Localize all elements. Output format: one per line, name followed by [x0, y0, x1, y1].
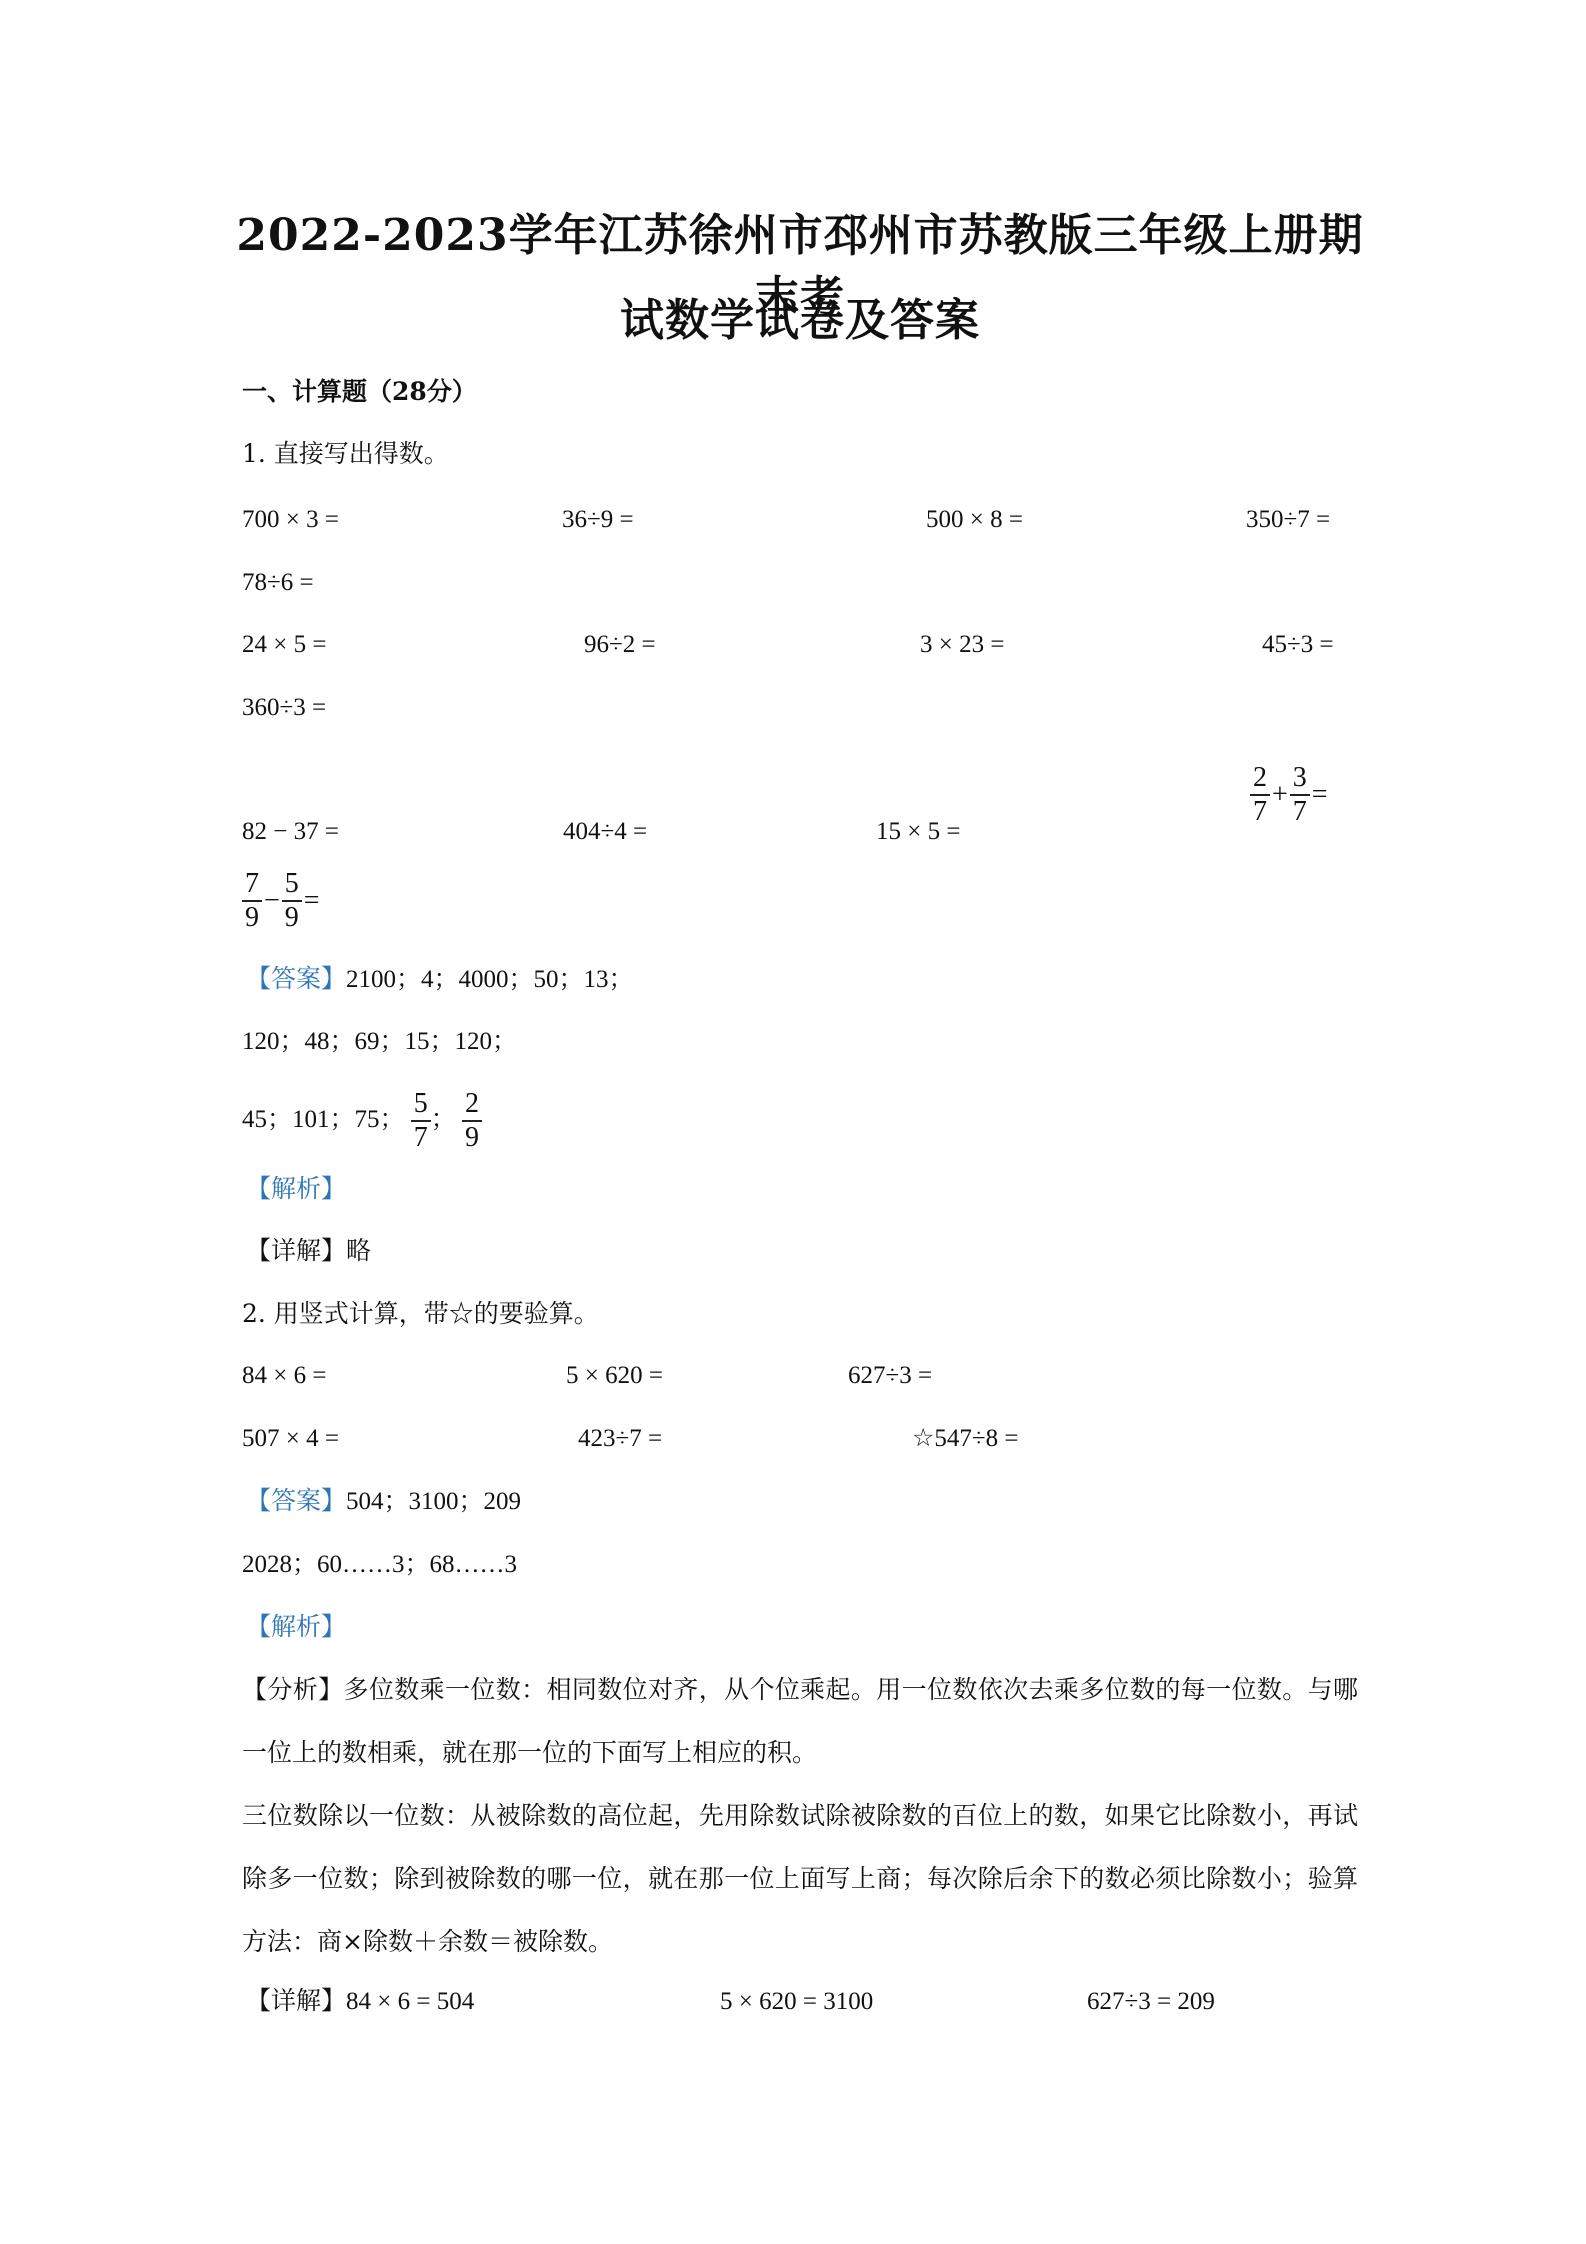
q2-analysis-paragraph: 【分析】多位数乘一位数：相同数位对齐，从个位乘起。用一位数依次去乘多位数的每一位… [242, 1658, 1358, 1784]
separator: ； [431, 1106, 456, 1133]
q1-item: 78÷6 = [242, 565, 314, 601]
equals-sign: = [302, 883, 322, 919]
answer-label: 【答案】 [246, 966, 346, 993]
q1-item: 45÷3 = [1262, 627, 1334, 663]
detail-label: 【详解】 [246, 1988, 346, 2015]
q2-item: 627÷3 = [848, 1358, 932, 1394]
answer-text: 45；101；75； [242, 1106, 405, 1133]
q2-division-paragraph: 三位数除以一位数：从被除数的高位起，先用除数试除被除数的百位上的数，如果它比除数… [242, 1784, 1358, 1973]
q1-item: 350÷7 = [1246, 502, 1330, 538]
q1-fraction-addition: 27+37= [1250, 762, 1330, 828]
q2-item: 5 × 620 = [566, 1358, 663, 1394]
fraction-numerator: 7 [242, 868, 262, 902]
q1-item: 700 × 3 = [242, 502, 339, 538]
fenxi-text: 多位数乘一位数：相同数位对齐，从个位乘起。用一位数依次去乘多位数的每一位数。与哪… [242, 1675, 1358, 1767]
q1-answer-line: 120；48；69；15；120； [242, 1024, 517, 1060]
detail-label: 【详解】 [246, 1238, 346, 1265]
fraction-denominator: 7 [1290, 796, 1310, 828]
plus-operator: + [1270, 777, 1290, 813]
analysis-label: 【解析】 [246, 1610, 346, 1646]
fraction-numerator: 5 [282, 868, 302, 902]
fraction-numerator: 5 [411, 1088, 431, 1122]
q2-item: 507 × 4 = [242, 1421, 339, 1457]
fraction-denominator: 7 [411, 1122, 431, 1154]
q1-item: 15 × 5 = [876, 814, 960, 850]
q1-item: 360÷3 = [242, 690, 326, 726]
q1-detail-line: 【详解】略 [246, 1234, 371, 1270]
q1-answer-line: 【答案】2100；4；4000；50；13； [246, 962, 634, 998]
minus-operator: − [262, 883, 282, 919]
fraction-denominator: 9 [242, 902, 262, 934]
q1-item: 404÷4 = [563, 814, 647, 850]
document-title-line2: 试数学试卷及答案 [230, 290, 1370, 352]
analysis-label: 【解析】 [246, 1172, 346, 1208]
fraction-denominator: 7 [1250, 796, 1270, 828]
question-1-prompt: 1. 直接写出得数。 [242, 436, 449, 472]
q2-detail-line: 【详解】84 × 6 = 504 [246, 1984, 474, 2020]
section-heading: 一、计算题（28分） [242, 374, 477, 410]
answer-text: 2100；4；4000；50；13； [346, 966, 634, 993]
q2-answer-line: 【答案】504；3100；209 [246, 1484, 521, 1520]
q1-item: 3 × 23 = [920, 627, 1004, 663]
q2-item: 423÷7 = [578, 1421, 662, 1457]
fraction-numerator: 2 [462, 1088, 482, 1122]
q1-item: 36÷9 = [562, 502, 634, 538]
equals-sign: = [1310, 777, 1330, 813]
q1-item: 500 × 8 = [926, 502, 1023, 538]
q1-item: 82 − 37 = [242, 814, 339, 850]
q1-item: 24 × 5 = [242, 627, 326, 663]
q1-fraction-subtraction: 79−59= [242, 868, 322, 934]
detail-item: 5 × 620 = 3100 [720, 1984, 873, 2020]
q2-item: ☆547÷8 = [912, 1421, 1018, 1457]
exam-document-page: 2022-2023学年江苏徐州市邳州市苏教版三年级上册期末考 试数学试卷及答案 … [0, 0, 1586, 2244]
detail-item: 627÷3 = 209 [1087, 1984, 1215, 2020]
fraction-denominator: 9 [282, 902, 302, 934]
q2-item: 84 × 6 = [242, 1358, 326, 1394]
detail-text: 略 [346, 1238, 371, 1265]
q1-answer-line: 45；101；75； 57； 29 [242, 1080, 482, 1160]
fraction-numerator: 2 [1250, 762, 1270, 796]
fraction-numerator: 3 [1290, 762, 1310, 796]
fenxi-label: 【分析】 [242, 1675, 344, 1704]
q2-answer-line: 2028；60……3；68……3 [242, 1547, 517, 1583]
answer-text: 504；3100；209 [346, 1488, 521, 1515]
answer-label: 【答案】 [246, 1488, 346, 1515]
question-2-prompt: 2. 用竖式计算，带☆的要验算。 [242, 1296, 599, 1332]
q1-item: 96÷2 = [584, 627, 656, 663]
fraction-denominator: 9 [462, 1122, 482, 1154]
detail-item: 84 × 6 = 504 [346, 1988, 474, 2015]
